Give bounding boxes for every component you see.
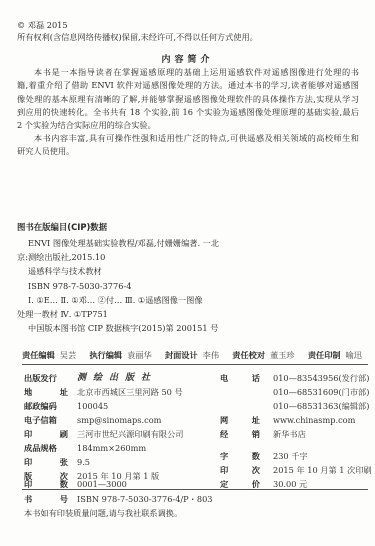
credit-label: 执行编辑	[89, 350, 122, 360]
email-row: 电子信箱 smp@sinomaps.com	[24, 415, 161, 426]
field-label: 电子信箱	[24, 415, 68, 426]
text-line: 本书是一本指导读者在掌握遥感原理的基础上运用遥感软件对遥感图像进行处理的书	[17, 66, 359, 79]
field-label: 印次	[220, 465, 260, 476]
size-row: 成品规格 184mm×260mm	[24, 443, 146, 454]
cip-line: 遥感科学与技术教材	[17, 264, 219, 278]
phone-value: 010—83543956(发行部)	[273, 373, 369, 384]
field-label: 书号	[24, 494, 68, 505]
address-row: 地址 北京市西城区三里河路 50 号	[24, 387, 183, 398]
divider-rule	[22, 489, 368, 490]
summary-paragraph-1: 本书是一本指导读者在掌握遥感原理的基础上运用遥感软件对遥感图像进行处理的书 籍,…	[17, 66, 359, 132]
credit-value: 董玉珍	[270, 350, 295, 360]
cip-line: 京:测绘出版社,2015.10	[17, 250, 219, 264]
phone-row-3: 010—68531363(编辑部)	[220, 401, 369, 412]
field-label: 邮政编码	[24, 401, 68, 412]
phone-row-2: 010—68531609(门市部)	[220, 387, 369, 398]
credit-value: 袁丽华	[127, 350, 152, 360]
website-value: www.chinasmp.com	[273, 415, 355, 426]
phone-row: 电话 010—83543956(发行部)	[220, 373, 369, 384]
phone-value: 010—68531609(门市部)	[273, 387, 369, 398]
field-label: 出版发行	[24, 373, 68, 384]
field-label: 字数	[220, 451, 260, 462]
credit-label: 责任印制	[308, 350, 341, 360]
publisher-row: 出版发行 测绘出版社	[24, 373, 157, 384]
sheets-row: 印张 9.5	[24, 457, 90, 468]
printer-value: 三河市世纪兴源印刷有限公司	[77, 429, 183, 440]
credit-label: 责任编辑	[22, 350, 55, 360]
cip-number: 中国版本图书馆 CIP 数据核字(2015)第 200151 号	[28, 323, 218, 334]
summary-title: 内容简介	[0, 52, 375, 65]
address-value: 北京市西城区三里河路 50 号	[77, 387, 183, 398]
word-count-row: 字数 230 千字	[220, 451, 308, 462]
postcode-row: 邮政编码 100045	[24, 401, 108, 412]
divider-rule	[22, 364, 368, 365]
credit-value: 喻迅	[346, 350, 362, 360]
field-label: 印刷	[24, 429, 68, 440]
publisher-name: 测绘出版社	[77, 373, 157, 384]
text-line: 籍,着重介绍了借助 ENVI 软件对遥感图像处理的方法。通过本书的学习,读者能够…	[17, 79, 359, 92]
phone-value: 010—68531363(编辑部)	[273, 401, 369, 412]
text-line: 本书内容丰富,具有可操作性强和适用性广泛的特点,可供遥感及相关领域的高校师生和	[17, 132, 359, 145]
size-value: 184mm×260mm	[77, 443, 146, 454]
field-label-blank	[220, 387, 260, 398]
credit-value: 吴芸	[60, 350, 76, 360]
summary-paragraph-2: 本书内容丰富,具有可操作性强和适用性广泛的特点,可供遥感及相关领域的高校师生和 …	[17, 132, 359, 159]
text-line: 像处理的基本原理有清晰的了解,并能够掌握遥感图像处理软件的具体操作方法,实现从学…	[17, 93, 359, 106]
copyright-line: © 邓磊 2015	[17, 20, 68, 31]
field-label: 经销	[220, 429, 260, 440]
text-line: 2 个实验为结合实际应用的综合实验。	[17, 119, 359, 132]
word-count-value: 230 千字	[273, 451, 308, 462]
printer-row: 印刷 三河市世纪兴源印刷有限公司	[24, 429, 183, 440]
field-label: 电话	[220, 373, 260, 384]
distributor-row: 经销 新华书店	[220, 429, 306, 440]
cip-line: ENVI 图像处理基础实验教程/邓磊,付姗姗编著. 一北	[17, 236, 219, 250]
quality-notice: 本书如有印装质量问题,请与我社联系调换。	[24, 508, 182, 519]
isbn-value: ISBN 978-7-5030-3776-4/P・803	[77, 494, 213, 505]
credits-line: 责任编辑吴芸 执行编辑袁丽华 封面设计李伟 责任校对董玉珍 责任印制喻迅	[22, 350, 362, 361]
isbn-row: 书号 ISBN 978-7-5030-3776-4/P・803	[24, 494, 213, 505]
text-line: 研究人员使用。	[17, 145, 359, 158]
field-label: 印张	[24, 457, 68, 468]
credit-label: 封面设计	[165, 350, 198, 360]
website-row: 网址 www.chinasmp.com	[220, 415, 355, 426]
credit-label: 责任校对	[232, 350, 265, 360]
distributor-value: 新华书店	[273, 429, 306, 440]
sheets-value: 9.5	[77, 457, 90, 468]
email-value: smp@sinomaps.com	[77, 415, 161, 426]
field-label: 成品规格	[24, 443, 68, 454]
credit-value: 李伟	[203, 350, 219, 360]
text-line: 到应用的快速转化。全书共有 18 个实验,前 16 个实验为遥感图像处理原理的基…	[17, 106, 359, 119]
field-label-blank	[220, 401, 260, 412]
impression-value: 2015 年 10 月第 1 次印刷	[273, 465, 372, 476]
cip-line: Ⅰ. ①E… Ⅱ. ①邓… ②付… Ⅲ. ①遥感图像一图像	[17, 293, 219, 307]
cip-title: 图书在版编目(CIP)数据	[17, 221, 107, 233]
field-label: 地址	[24, 387, 68, 398]
field-label: 网址	[220, 415, 260, 426]
rights-statement: 所有权利(含信息网络传播权)保留,未经许可,不得以任何方式使用。	[17, 32, 258, 43]
cip-line: ISBN 978-7-5030-3776-4	[17, 279, 219, 293]
cip-line: 处理一教材 Ⅳ. ①TP751	[17, 307, 219, 321]
cip-data-block: ENVI 图像处理基础实验教程/邓磊,付姗姗编著. 一北 京:测绘出版社,201…	[17, 236, 219, 321]
postcode-value: 100045	[77, 401, 108, 412]
impression-row: 印次 2015 年 10 月第 1 次印刷	[220, 465, 372, 476]
